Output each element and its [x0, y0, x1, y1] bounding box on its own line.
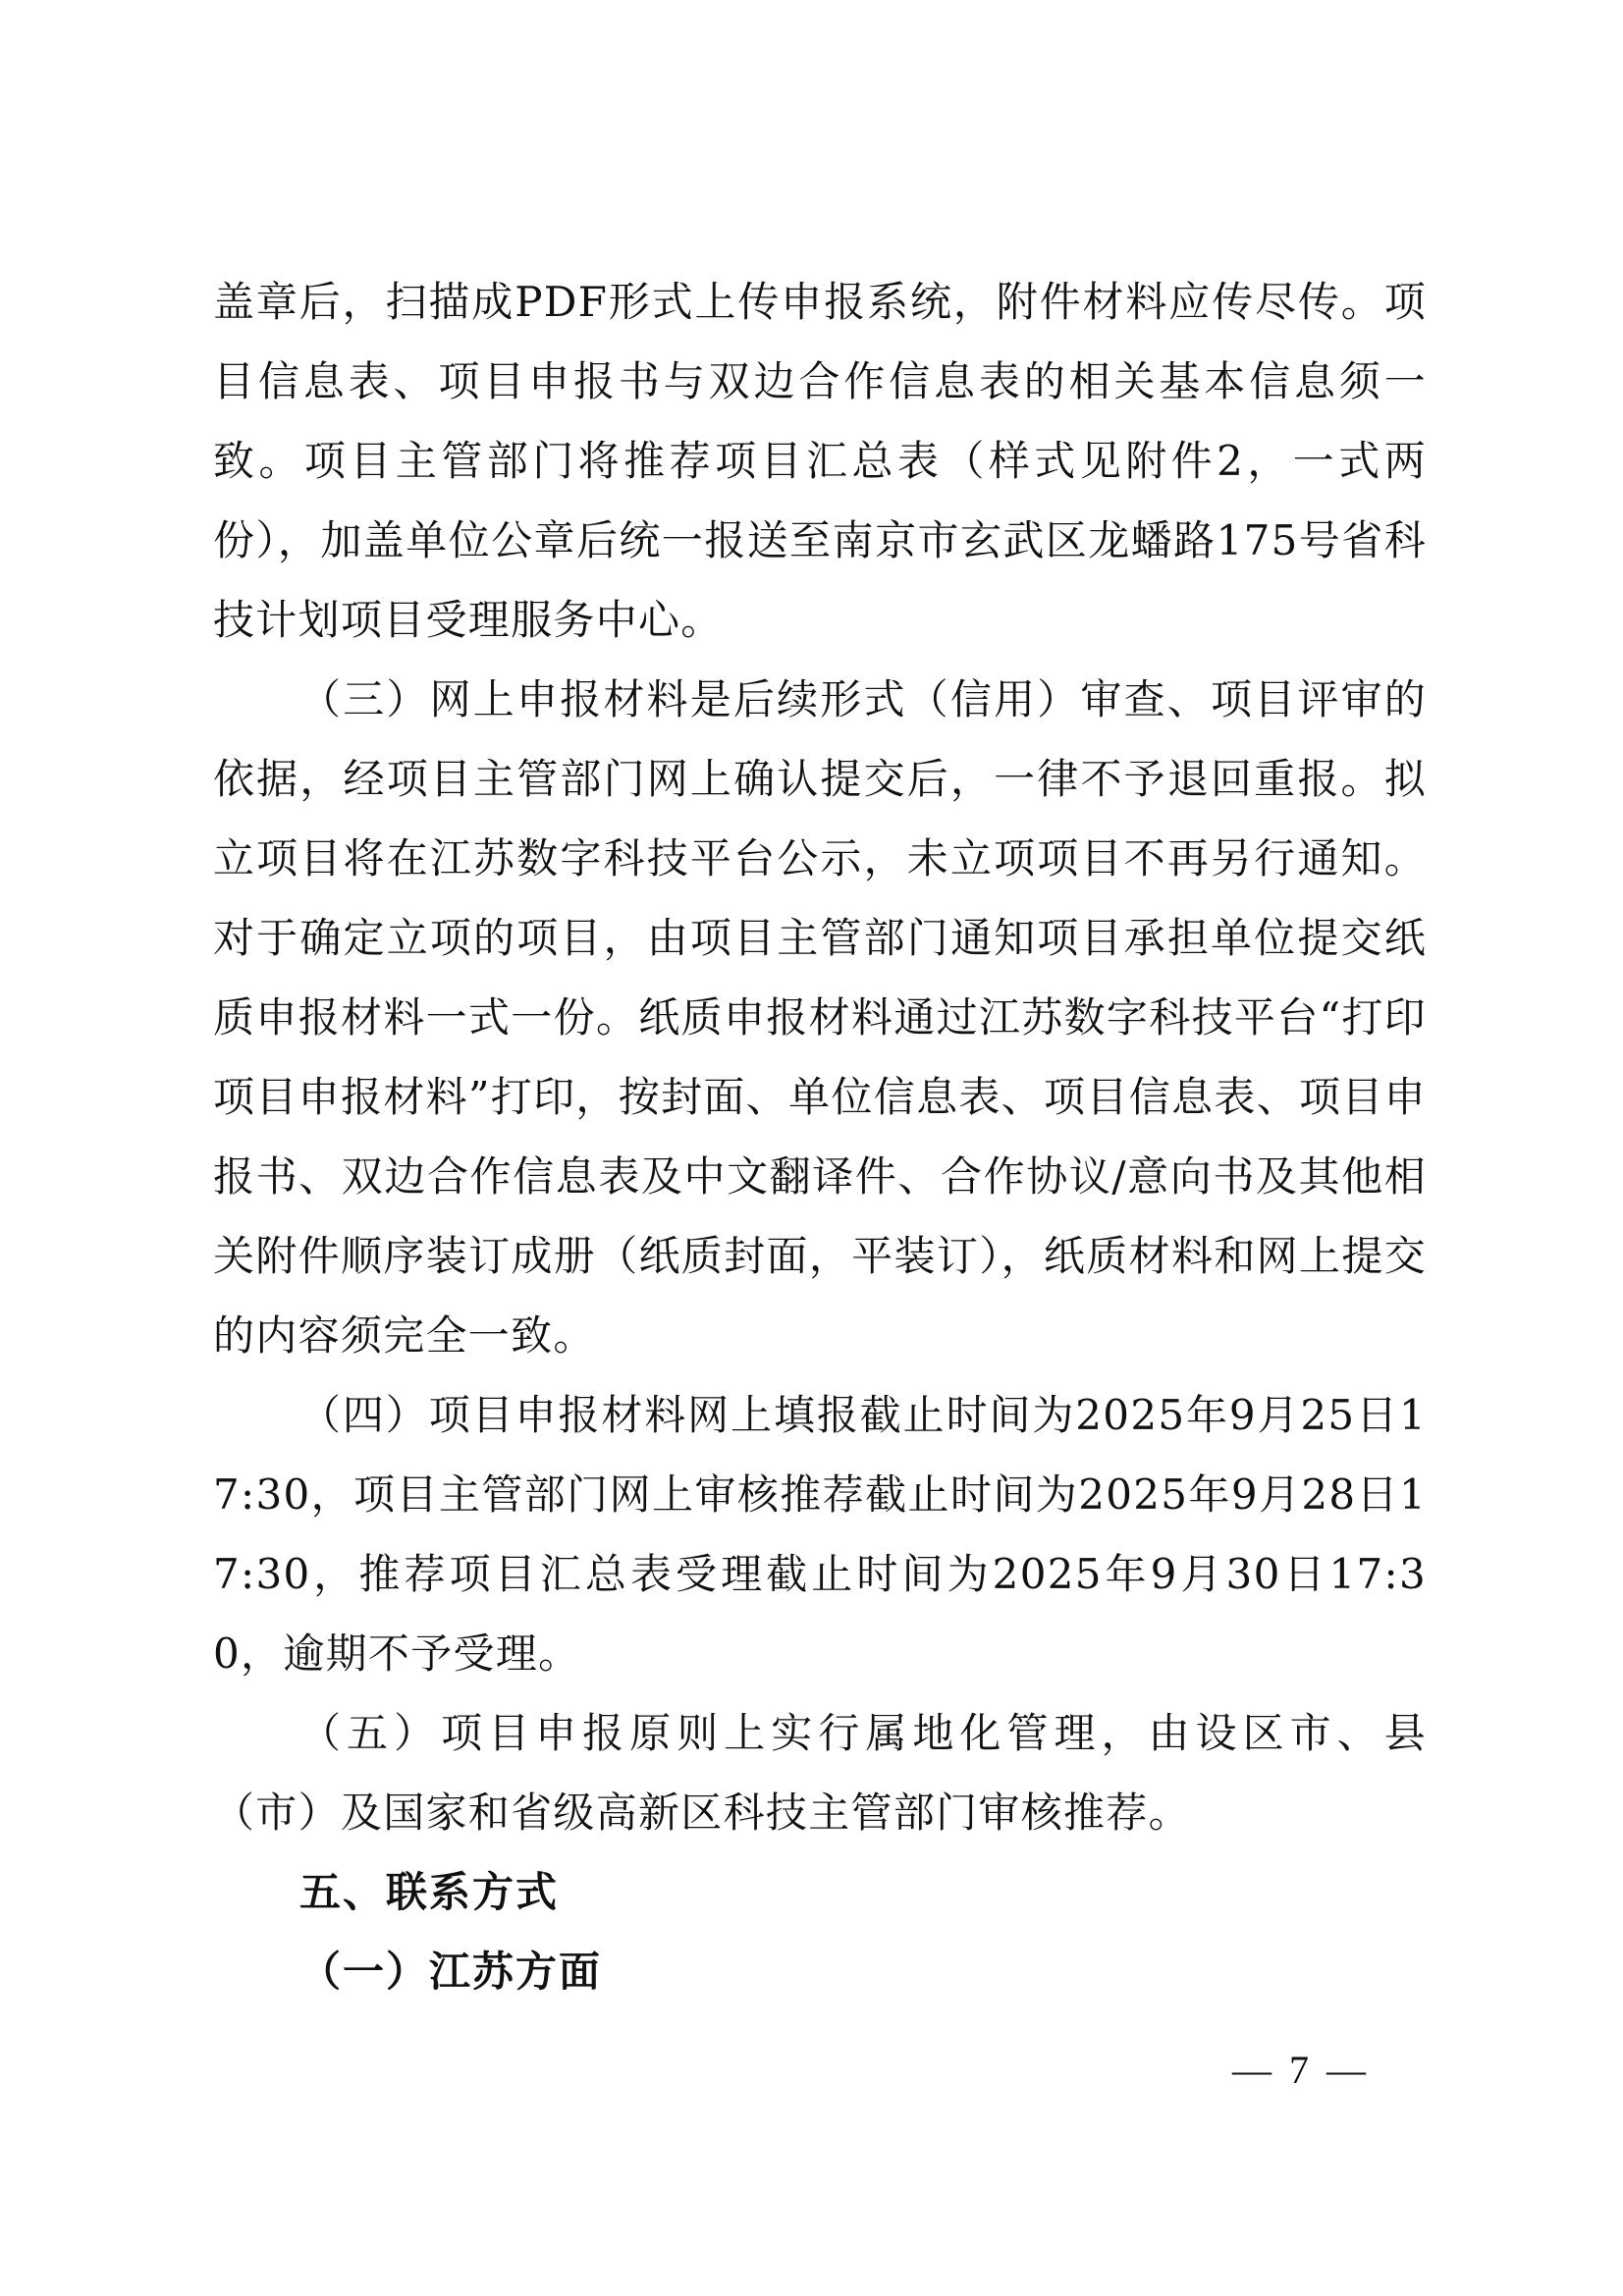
paragraph-item-4: （四）项目申报材料网上填报截止时间为2025年9月25日17:30，项目主管部门… [213, 1375, 1427, 1693]
page-number: — 7 — [1232, 2047, 1370, 2093]
section-heading-contact: 五、联系方式 [213, 1852, 1427, 1932]
paragraph-continued: 盖章后，扫描成PDF形式上传申报系统，附件材料应传尽传。项目信息表、项目申报书与… [213, 262, 1427, 660]
document-page: 盖章后，扫描成PDF形式上传申报系统，附件材料应传尽传。项目信息表、项目申报书与… [213, 262, 1427, 2011]
paragraph-item-3: （三）网上申报材料是后续形式（信用）审查、项目评审的依据，经项目主管部门网上确认… [213, 660, 1427, 1375]
subsection-heading-jiangsu: （一）江苏方面 [213, 1932, 1427, 2011]
paragraph-item-5: （五）项目申报原则上实行属地化管理，由设区市、县（市）及国家和省级高新区科技主管… [213, 1693, 1427, 1852]
